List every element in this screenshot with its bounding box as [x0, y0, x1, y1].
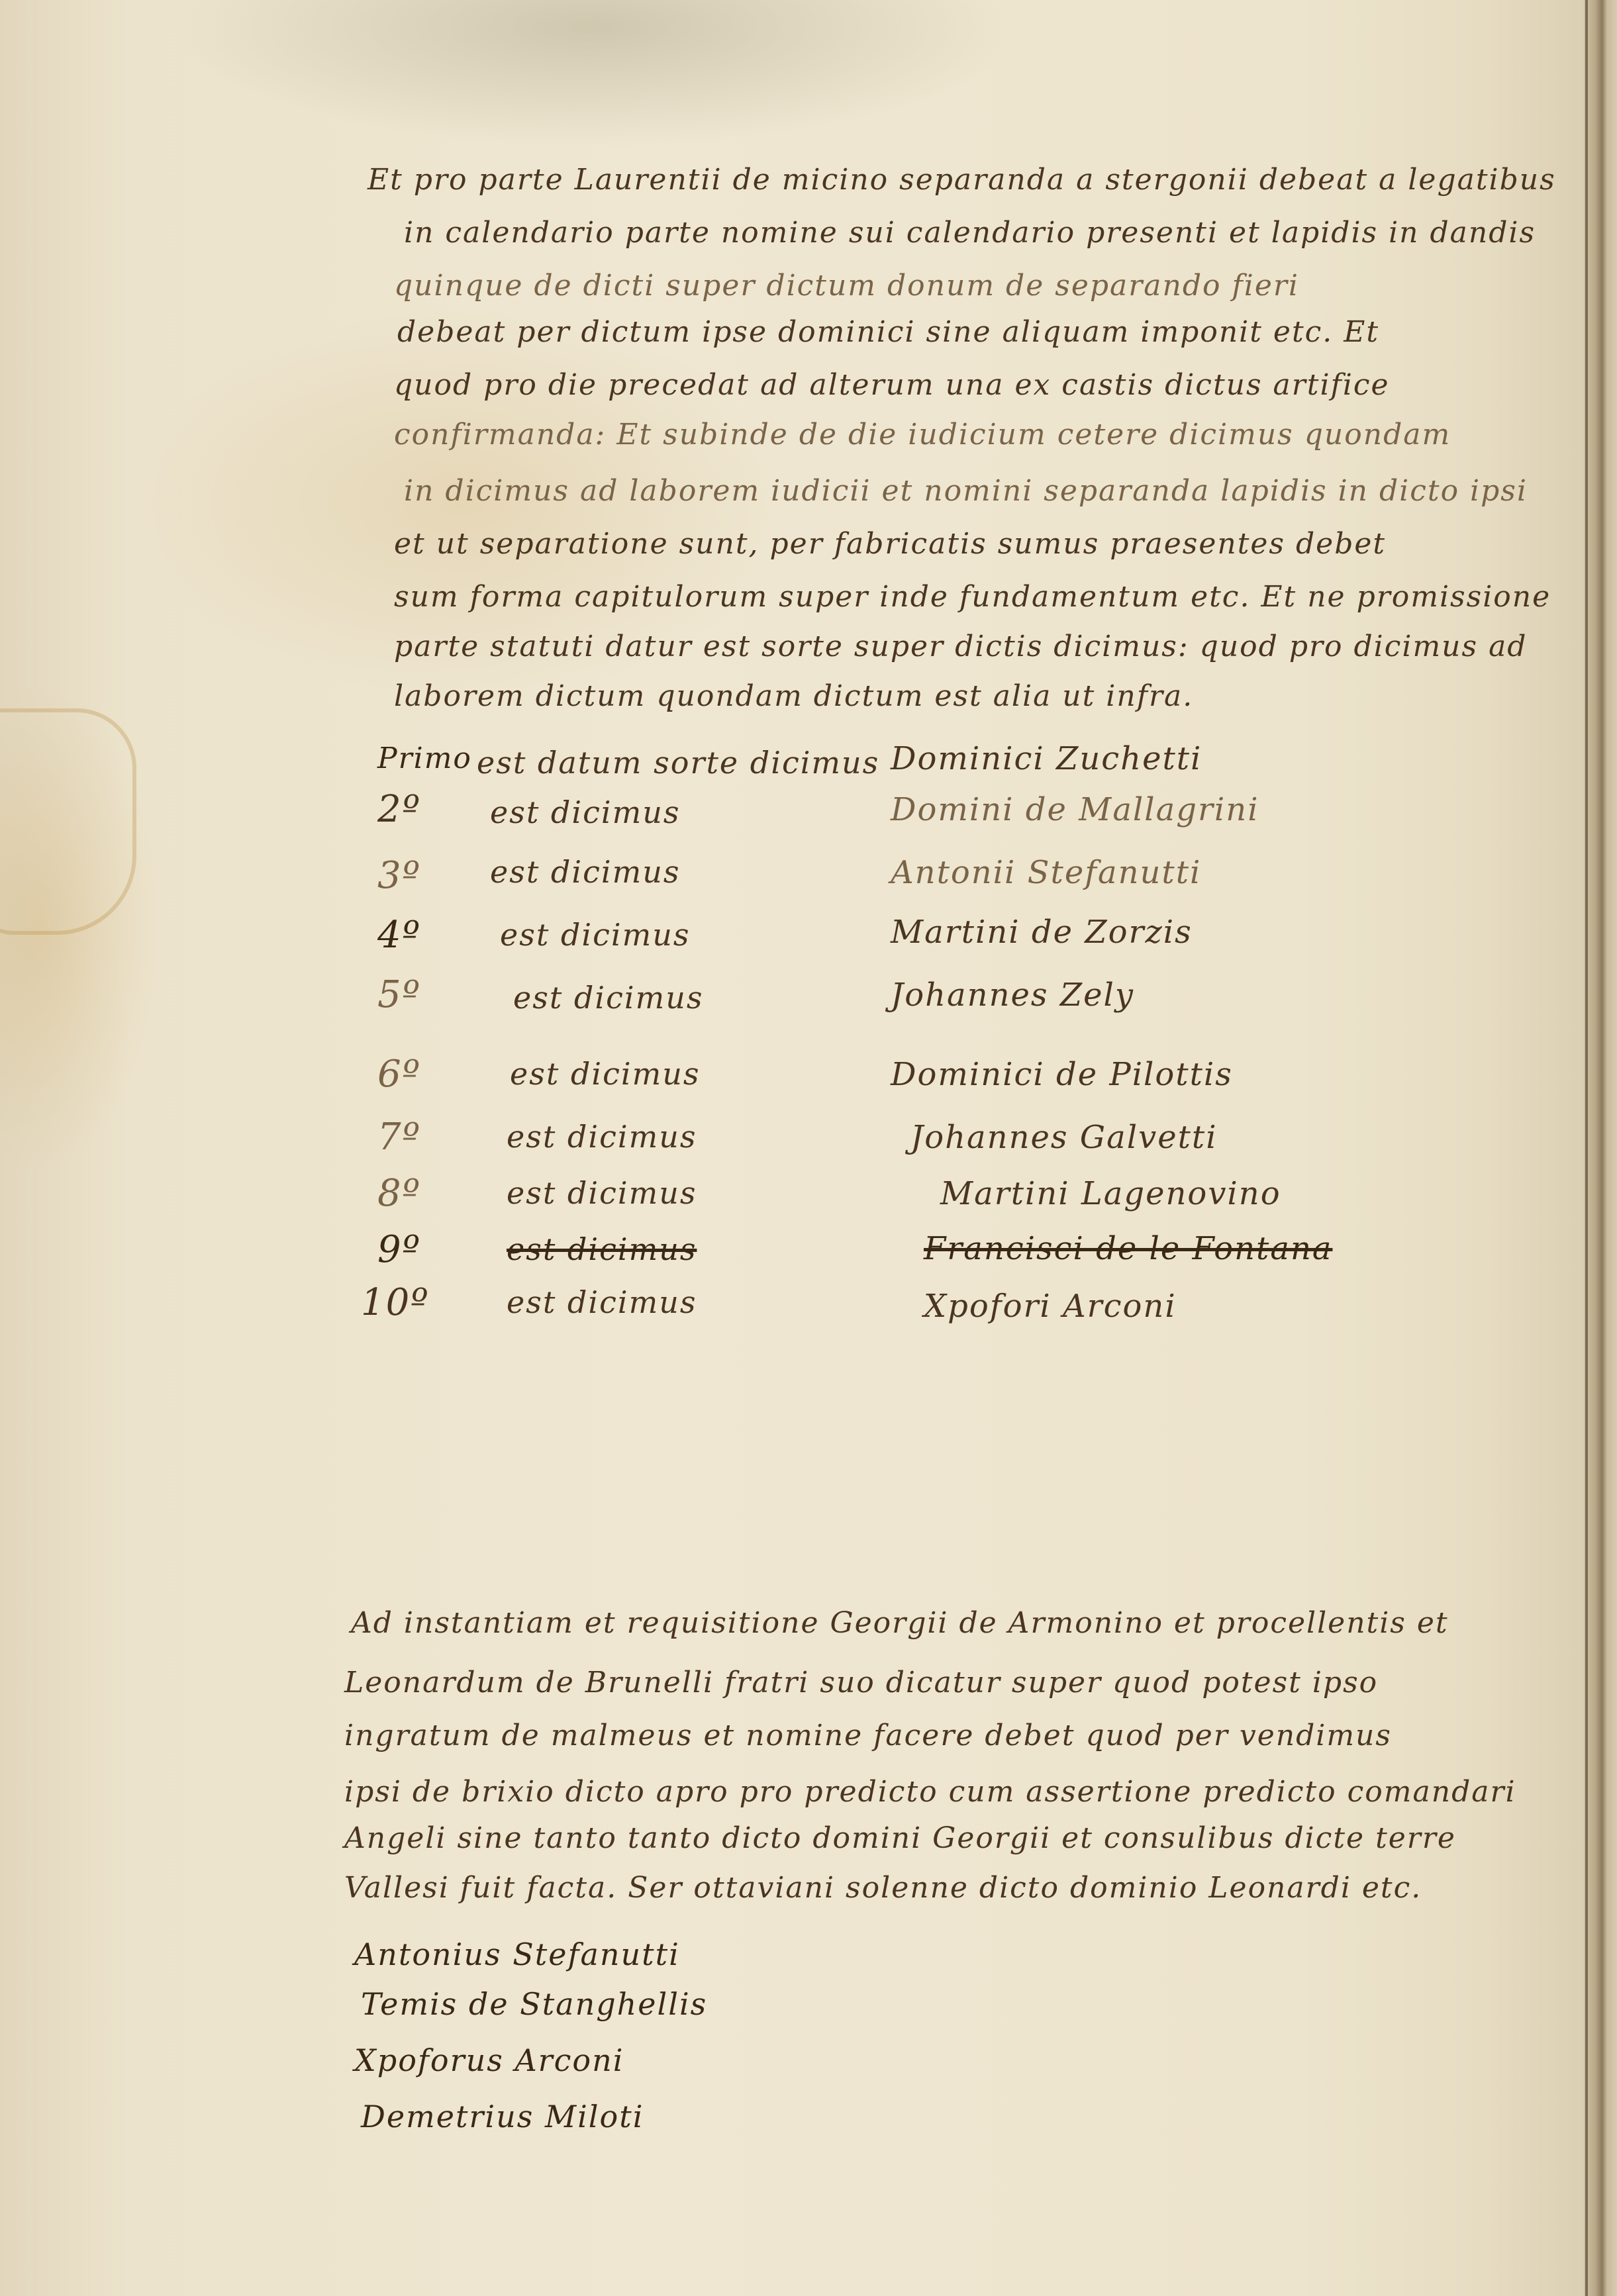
- list-verb: est dicimus: [507, 1231, 697, 1267]
- paragraph-1-line: Et pro parte Laurentii de micino separan…: [367, 166, 1556, 195]
- water-stain: [0, 708, 136, 935]
- list-name: Domini de Mallagrini: [891, 791, 1259, 828]
- paragraph-1-line: et ut separatione sunt, per fabricatis s…: [394, 530, 1386, 559]
- paragraph-1-line: laborem dictum quondam dictum est alia u…: [394, 682, 1193, 711]
- paragraph-2-line: ipsi de brixio dicto apro pro predicto c…: [344, 1778, 1516, 1807]
- paragraph-1-line: debeat per dictum ipse dominici sine ali…: [397, 318, 1379, 347]
- paragraph-1-line: confirmanda: Et subinde de die iudicium …: [394, 420, 1451, 450]
- list-verb: est datum sorte dicimus: [477, 745, 879, 781]
- paragraph-2-line: Angeli sine tanto tanto dicto domini Geo…: [344, 1824, 1456, 1853]
- list-name: Dominici de Pilottis: [891, 1056, 1233, 1093]
- list-verb: est dicimus: [507, 1175, 697, 1211]
- paragraph-1-line: sum forma capitulorum super inde fundame…: [394, 583, 1551, 612]
- list-ordinal: 5º: [377, 973, 421, 1016]
- paragraph-1-line: quod pro die precedat ad alterum una ex …: [394, 371, 1390, 400]
- signatory-name: Temis de Stanghellis: [361, 1986, 707, 2022]
- paragraph-1-line: in dicimus ad laborem iudicii et nomini …: [404, 477, 1528, 506]
- list-name: Martini de Zorzis: [891, 914, 1193, 951]
- list-name: Johannes Galvetti: [910, 1119, 1218, 1156]
- paragraph-1-line: in calendario parte nomine sui calendari…: [404, 218, 1536, 248]
- list-ordinal: 7º: [377, 1116, 421, 1159]
- list-ordinal: 6º: [377, 1053, 421, 1096]
- list-name: Martini Lagenovino: [940, 1175, 1281, 1212]
- list-verb: est dicimus: [490, 854, 680, 890]
- list-verb: est dicimus: [510, 1056, 700, 1092]
- list-name: Xpofori Arconi: [924, 1288, 1177, 1325]
- list-ordinal: 3º: [377, 854, 421, 897]
- list-name-struck: Francisci de le Fontana: [924, 1230, 1332, 1267]
- list-verb: est dicimus: [490, 794, 680, 830]
- signatory-name: Antonius Stefanutti: [354, 1937, 680, 1972]
- list-ordinal: 10º: [361, 1281, 430, 1324]
- list-ordinal: Primo: [377, 741, 472, 775]
- paragraph-2-line: Vallesi fuit facta. Ser ottaviani solenn…: [344, 1874, 1422, 1903]
- manuscript-page: Et pro parte Laurentii de micino separan…: [0, 0, 1617, 2296]
- list-verb: est dicimus: [507, 1119, 697, 1155]
- paragraph-1-line: parte statuti datur est sorte super dict…: [394, 632, 1527, 661]
- list-ordinal: 8º: [377, 1172, 421, 1215]
- page-edge: [1585, 0, 1588, 2296]
- list-ordinal: 2º: [377, 788, 421, 831]
- paragraph-2-line: Ad instantiam et requisitione Georgii de…: [351, 1609, 1449, 1638]
- book-binding-gutter: [1584, 0, 1617, 2296]
- list-ordinal: 4º: [377, 914, 421, 957]
- paragraph-2-line: ingratum de malmeus et nomine facere deb…: [344, 1721, 1392, 1750]
- list-name: Antonii Stefanutti: [891, 854, 1201, 891]
- list-ordinal: 9º: [377, 1228, 421, 1271]
- paragraph-1-line: quinque de dicti super dictum donum de s…: [394, 271, 1299, 301]
- list-verb: est dicimus: [500, 917, 690, 953]
- list-name: Dominici Zuchetti: [891, 740, 1202, 777]
- list-verb: est dicimus: [513, 980, 703, 1016]
- signatory-name: Demetrius Miloti: [361, 2099, 644, 2134]
- signatory-name: Xpoforus Arconi: [354, 2042, 624, 2078]
- paragraph-2-line: Leonardum de Brunelli fratri suo dicatur…: [344, 1668, 1378, 1698]
- list-verb: est dicimus: [507, 1284, 697, 1320]
- list-name: Johannes Zely: [891, 977, 1134, 1014]
